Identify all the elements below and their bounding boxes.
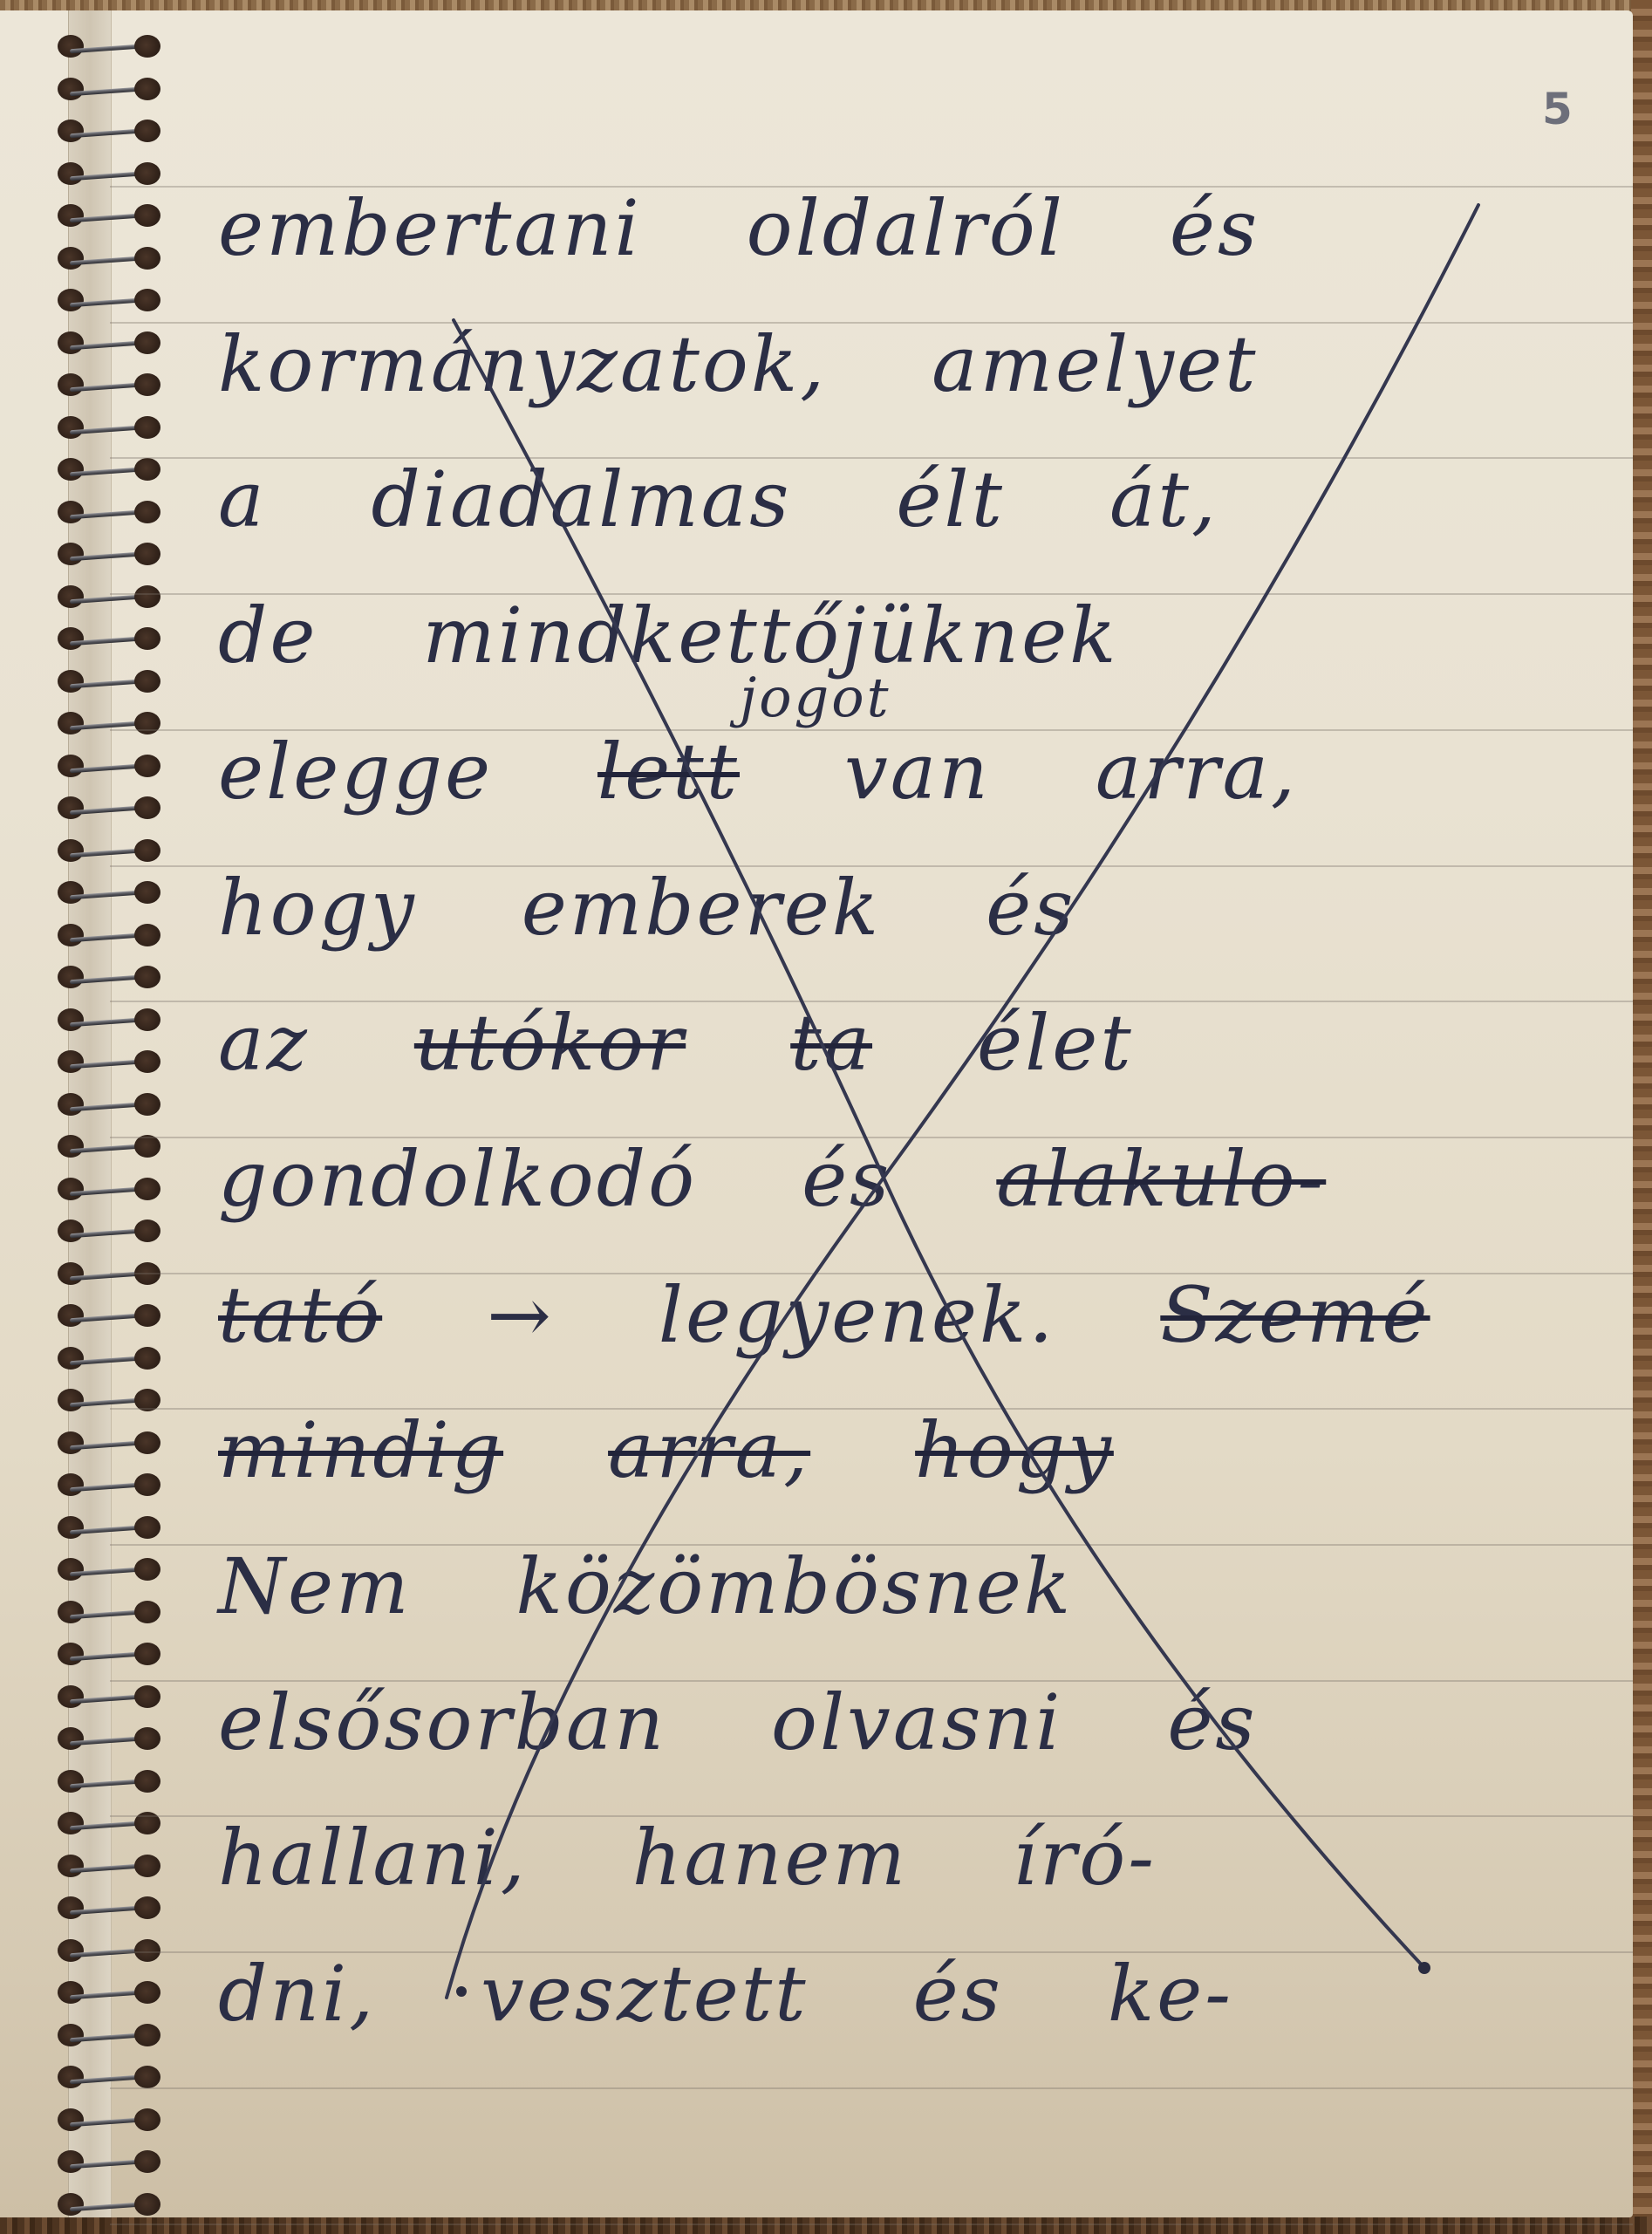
punch-hole <box>134 247 160 270</box>
spiral-coil <box>58 670 160 693</box>
word: kormányzatok, <box>218 319 827 409</box>
page-number: 5 <box>1542 84 1573 134</box>
handwritten-line: eleggelettjogotvanarra, <box>218 686 1526 816</box>
spiral-coil <box>58 796 160 819</box>
spiral-coil <box>58 1939 160 1962</box>
spiral-coil <box>58 2193 160 2216</box>
punch-hole <box>134 670 160 693</box>
struck-word: Szemé <box>1160 1270 1430 1360</box>
word: közömbösnek <box>516 1541 1074 1631</box>
punch-hole <box>58 2024 84 2046</box>
spiral-coil <box>58 289 160 311</box>
punch-hole <box>134 2024 160 2046</box>
handwritten-line: hallani,hanemíró- <box>218 1772 1526 1903</box>
punch-hole <box>134 35 160 58</box>
spiral-coil <box>58 543 160 565</box>
punch-hole <box>134 458 160 481</box>
punch-hole <box>58 501 84 523</box>
spiral-coil <box>58 1135 160 1158</box>
spiral-coil <box>58 1473 160 1496</box>
punch-hole <box>134 2193 160 2216</box>
punch-hole <box>58 712 84 734</box>
spiral-coil <box>58 78 160 100</box>
punch-hole <box>58 1939 84 1962</box>
punch-hole <box>58 1219 84 1242</box>
handwritten-line: adiadalmaséltát, <box>218 413 1526 544</box>
spiral-coil <box>58 924 160 946</box>
spiral-coil <box>58 204 160 227</box>
punch-hole <box>134 1558 160 1581</box>
punch-hole <box>58 331 84 354</box>
punch-hole <box>58 1727 84 1750</box>
word: vesztett <box>481 1949 808 2039</box>
punch-hole <box>58 1178 84 1200</box>
word: hallani, <box>218 1813 528 1903</box>
punch-hole <box>58 247 84 270</box>
handwritten-line: azutókortaélet <box>218 957 1526 1088</box>
word: → <box>487 1270 554 1360</box>
spiral-coil <box>58 120 160 142</box>
punch-hole <box>134 839 160 862</box>
spiral-coil <box>58 501 160 523</box>
spiral-coil <box>58 1431 160 1454</box>
punch-hole <box>134 1431 160 1454</box>
struck-word: hogy <box>915 1405 1114 1495</box>
word: és <box>986 863 1075 953</box>
struck-word: arra, <box>608 1405 810 1495</box>
word: elegge <box>218 727 493 816</box>
punch-hole <box>134 501 160 523</box>
spiral-coil <box>58 35 160 58</box>
punch-hole <box>58 204 84 227</box>
punch-hole <box>58 1473 84 1496</box>
punch-hole <box>58 1093 84 1116</box>
word: amelyet <box>932 319 1258 409</box>
word: át, <box>1109 454 1219 544</box>
word: és <box>1170 183 1259 273</box>
punch-hole <box>58 2066 84 2088</box>
punch-hole <box>58 755 84 777</box>
spiral-coil <box>58 162 160 185</box>
word: dni, <box>218 1949 376 2039</box>
spiral-coil <box>58 1770 160 1793</box>
word: de <box>218 591 317 680</box>
spiral-coil <box>58 1855 160 1877</box>
punch-hole <box>58 1812 84 1834</box>
punch-hole <box>134 373 160 396</box>
punch-hole <box>58 670 84 693</box>
word: az <box>218 998 310 1088</box>
punch-hole <box>134 881 160 904</box>
punch-hole <box>134 585 160 608</box>
punch-hole <box>58 1347 84 1370</box>
punch-hole <box>58 924 84 946</box>
spiral-coil <box>58 331 160 354</box>
punch-hole <box>58 1135 84 1158</box>
word: és <box>913 1949 1003 2039</box>
punch-hole <box>134 2108 160 2131</box>
punch-hole <box>58 289 84 311</box>
punch-hole <box>134 1601 160 1623</box>
word: élet <box>977 998 1134 1088</box>
struck-word: mindig <box>218 1405 503 1495</box>
punch-hole <box>58 966 84 988</box>
spiral-coil <box>58 839 160 862</box>
spiral-coil <box>58 1727 160 1750</box>
punch-hole <box>58 78 84 100</box>
word: arra, <box>1096 727 1298 816</box>
handwritten-line: mindigarra,hogy <box>218 1364 1526 1495</box>
punch-hole <box>134 289 160 311</box>
punch-hole <box>58 1896 84 1919</box>
spiral-coil <box>58 1516 160 1539</box>
handwritten-line: demindkettőjüknek <box>218 550 1526 680</box>
punch-hole <box>134 712 160 734</box>
punch-hole <box>58 1981 84 2004</box>
punch-hole <box>134 1347 160 1370</box>
punch-hole <box>58 2193 84 2216</box>
punch-hole <box>134 416 160 439</box>
spiral-coil <box>58 1093 160 1116</box>
spiral-coil <box>58 416 160 439</box>
punch-hole <box>58 1431 84 1454</box>
struck-word: tató <box>218 1270 382 1360</box>
punch-hole <box>58 1601 84 1623</box>
punch-hole <box>58 627 84 650</box>
punch-hole <box>58 796 84 819</box>
spiral-coil <box>58 755 160 777</box>
punch-hole <box>58 373 84 396</box>
punch-hole <box>134 1135 160 1158</box>
punch-hole <box>134 1939 160 1962</box>
struck-word: lettjogot <box>597 727 740 816</box>
handwritten-line: gondolkodóésalakulo- <box>218 1093 1526 1224</box>
punch-hole <box>134 1981 160 2004</box>
punch-hole <box>58 881 84 904</box>
punch-hole <box>58 1008 84 1031</box>
spiral-coil <box>58 1981 160 2004</box>
spiral-coil <box>58 1219 160 1242</box>
spiral-coil <box>58 712 160 734</box>
punch-hole <box>58 1304 84 1327</box>
spiral-coil <box>58 2108 160 2131</box>
punch-hole <box>58 416 84 439</box>
punch-hole <box>134 796 160 819</box>
spiral-coil <box>58 1050 160 1073</box>
spiral-coil <box>58 2066 160 2088</box>
ruled-line <box>110 2087 1633 2089</box>
punch-hole <box>58 162 84 185</box>
word: hogy <box>218 863 417 953</box>
punch-hole <box>134 1685 160 1708</box>
word: ke- <box>1108 1949 1233 2039</box>
handwritten-line: hogyemberekés <box>218 822 1526 953</box>
punch-hole <box>134 924 160 946</box>
punch-hole <box>58 2150 84 2173</box>
punch-hole <box>134 1727 160 1750</box>
spiral-coil <box>58 1685 160 1708</box>
word: Nem <box>218 1541 412 1631</box>
word: gondolkodó <box>218 1134 697 1224</box>
spiral-coil <box>58 585 160 608</box>
word: elsősorban <box>218 1677 666 1767</box>
punch-hole <box>58 1558 84 1581</box>
word: és <box>1167 1677 1257 1767</box>
handwritten-line: dni,vesztettéske- <box>218 1908 1526 2039</box>
ruled-line <box>110 2224 1633 2225</box>
punch-hole <box>58 120 84 142</box>
word: író- <box>1013 1813 1157 1903</box>
spiral-coil <box>58 627 160 650</box>
word: a <box>218 454 266 544</box>
punch-hole <box>58 1262 84 1285</box>
word: élt <box>896 454 1005 544</box>
wooden-table-background-right <box>1631 0 1652 2234</box>
punch-hole <box>134 1643 160 1665</box>
punch-hole <box>58 543 84 565</box>
punch-hole <box>134 1219 160 1242</box>
punch-hole <box>58 1389 84 1411</box>
punch-hole <box>58 585 84 608</box>
spiral-coil <box>58 1558 160 1581</box>
punch-hole <box>134 627 160 650</box>
word: legyenek. <box>659 1270 1055 1360</box>
punch-hole <box>58 2108 84 2131</box>
word: van <box>844 727 991 816</box>
spiral-coil <box>58 2024 160 2046</box>
punch-hole <box>134 1304 160 1327</box>
spiral-coil <box>58 1304 160 1327</box>
spiral-coil <box>58 966 160 988</box>
word: hanem <box>632 1813 908 1903</box>
handwritten-line: embertanioldalrólés <box>218 142 1526 273</box>
spiral-coil <box>58 1643 160 1665</box>
spiral-coil <box>58 2150 160 2173</box>
punch-hole <box>134 1093 160 1116</box>
punch-hole <box>134 2150 160 2173</box>
struck-word: utókor <box>414 998 686 1088</box>
word: és <box>802 1134 891 1224</box>
punch-hole <box>134 78 160 100</box>
spiral-coil <box>58 1896 160 1919</box>
spiral-coil <box>58 373 160 396</box>
punch-hole <box>58 1685 84 1708</box>
punch-hole <box>58 1643 84 1665</box>
punch-hole <box>134 966 160 988</box>
spiral-coil <box>58 1178 160 1200</box>
spiral-coil <box>58 1601 160 1623</box>
punch-hole <box>134 543 160 565</box>
punch-hole <box>134 1516 160 1539</box>
punch-hole <box>134 331 160 354</box>
wooden-table-background-bottom <box>0 2217 1652 2234</box>
spiral-coil <box>58 458 160 481</box>
word: oldalról <box>747 183 1065 273</box>
punch-hole <box>134 1473 160 1496</box>
punch-hole <box>134 1770 160 1793</box>
punch-hole <box>134 1178 160 1200</box>
handwritten-line: Nemközömbösnek <box>218 1500 1526 1631</box>
handwritten-line: tató→legyenek.Szemé <box>218 1229 1526 1360</box>
word: diadalmas <box>371 454 791 544</box>
spiral-coil <box>58 881 160 904</box>
punch-hole <box>58 1516 84 1539</box>
punch-hole <box>58 1855 84 1877</box>
punch-hole <box>58 35 84 58</box>
punch-hole <box>58 1770 84 1793</box>
punch-hole <box>58 458 84 481</box>
word: embertani <box>218 183 642 273</box>
punch-hole <box>134 1855 160 1877</box>
inserted-word: jogot <box>740 666 891 729</box>
struck-word: alakulo- <box>996 1134 1326 1224</box>
punch-hole <box>134 204 160 227</box>
handwritten-line: kormányzatok,amelyet <box>218 278 1526 409</box>
word: emberek <box>522 863 881 953</box>
spiral-coil <box>58 1347 160 1370</box>
handwritten-line: elsősorbanolvasniés <box>218 1636 1526 1767</box>
punch-hole <box>134 162 160 185</box>
punch-hole <box>134 755 160 777</box>
punch-hole <box>134 1896 160 1919</box>
punch-hole <box>134 120 160 142</box>
word: olvasni <box>771 1677 1062 1767</box>
struck-word: ta <box>790 998 872 1088</box>
punch-hole <box>134 2066 160 2088</box>
spiral-coil <box>58 1008 160 1031</box>
punch-hole <box>134 1050 160 1073</box>
spiral-coil <box>58 247 160 270</box>
punch-hole <box>58 839 84 862</box>
punch-hole <box>134 1008 160 1031</box>
punch-hole <box>58 1050 84 1073</box>
